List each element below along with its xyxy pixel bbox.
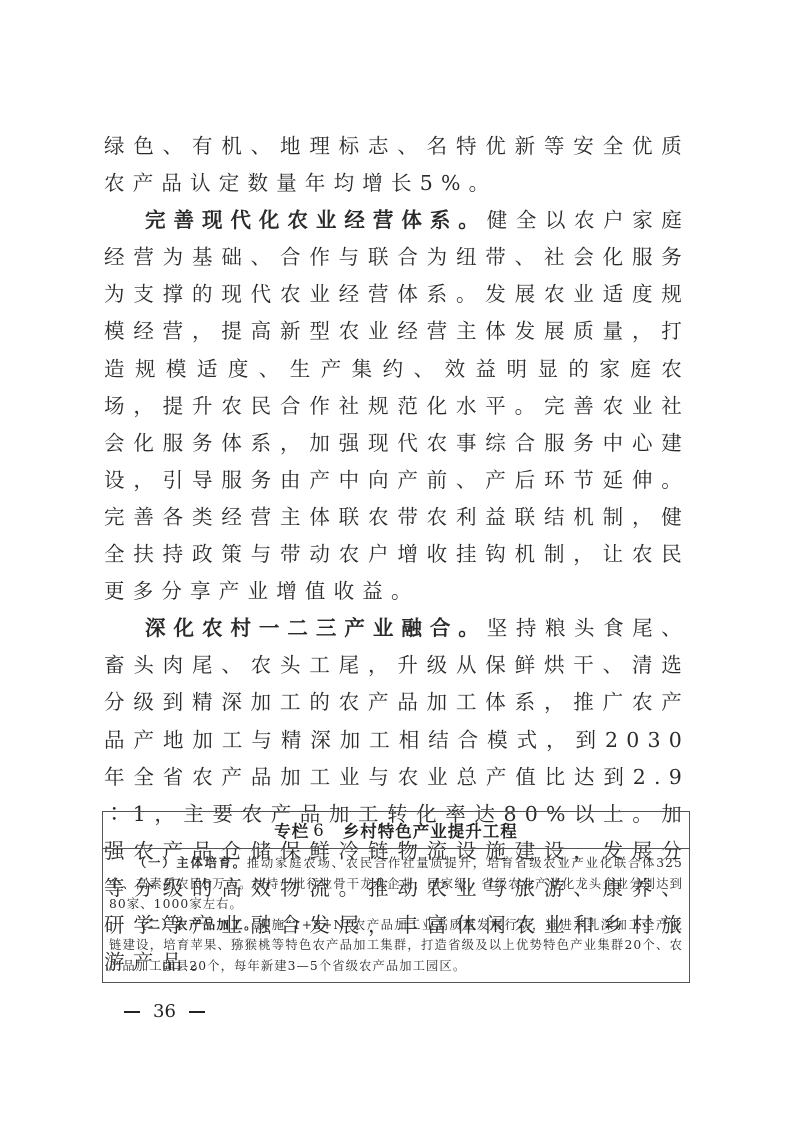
feature-box-item-lead: （一）主体培育。 (134, 855, 247, 870)
feature-box-title: 专栏 6 乡村特色产业提升工程 (103, 812, 689, 849)
feature-box-item-lead: （二）农产品加工。 (134, 917, 258, 932)
paragraph-lead-heading: 完善现代化农业经营体系。 (145, 208, 487, 232)
feature-box-column-6: 专栏 6 乡村特色产业提升工程 （一）主体培育。推动家庭农场、农民合作社量质提升… (102, 811, 690, 983)
paragraph-operation-system: 完善现代化农业经营体系。健全以农户家庭经营为基础、合作与联合为纽带、社会化服务为… (104, 202, 690, 610)
paragraph-text: 健全以农户家庭经营为基础、合作与联合为纽带、社会化服务为支撑的现代农业经营体系。… (104, 208, 690, 603)
feature-box-label: 专栏 (274, 818, 309, 842)
page-number: 36 (153, 1001, 176, 1022)
feature-box-heading: 乡村特色产业提升工程 (343, 818, 518, 842)
paragraph-continuation: 绿色、有机、地理标志、名特优新等安全优质农产品认定数量年均增长5%。 (104, 128, 690, 202)
paragraph-text: 绿色、有机、地理标志、名特优新等安全优质农产品认定数量年均增长5%。 (104, 134, 690, 195)
paragraph-lead-heading: 深化农村一二三产业融合。 (145, 616, 487, 640)
feature-box-body: （一）主体培育。推动家庭农场、农民合作社量质提升，培育省级农业产业化联合体325… (103, 849, 689, 982)
footer-dash-right (189, 1011, 205, 1013)
page-footer: 36 (122, 1001, 207, 1022)
feature-box-item: （二）农产品加工。实施“1+8+N”农产品加工业高质量发展行动，推进羊乳深加工全… (109, 915, 683, 977)
feature-box-item: （一）主体培育。推动家庭农场、农民合作社量质提升，培育省级农业产业化联合体325… (109, 853, 683, 915)
footer-dash-left (124, 1011, 140, 1013)
feature-box-number: 6 (313, 821, 325, 840)
